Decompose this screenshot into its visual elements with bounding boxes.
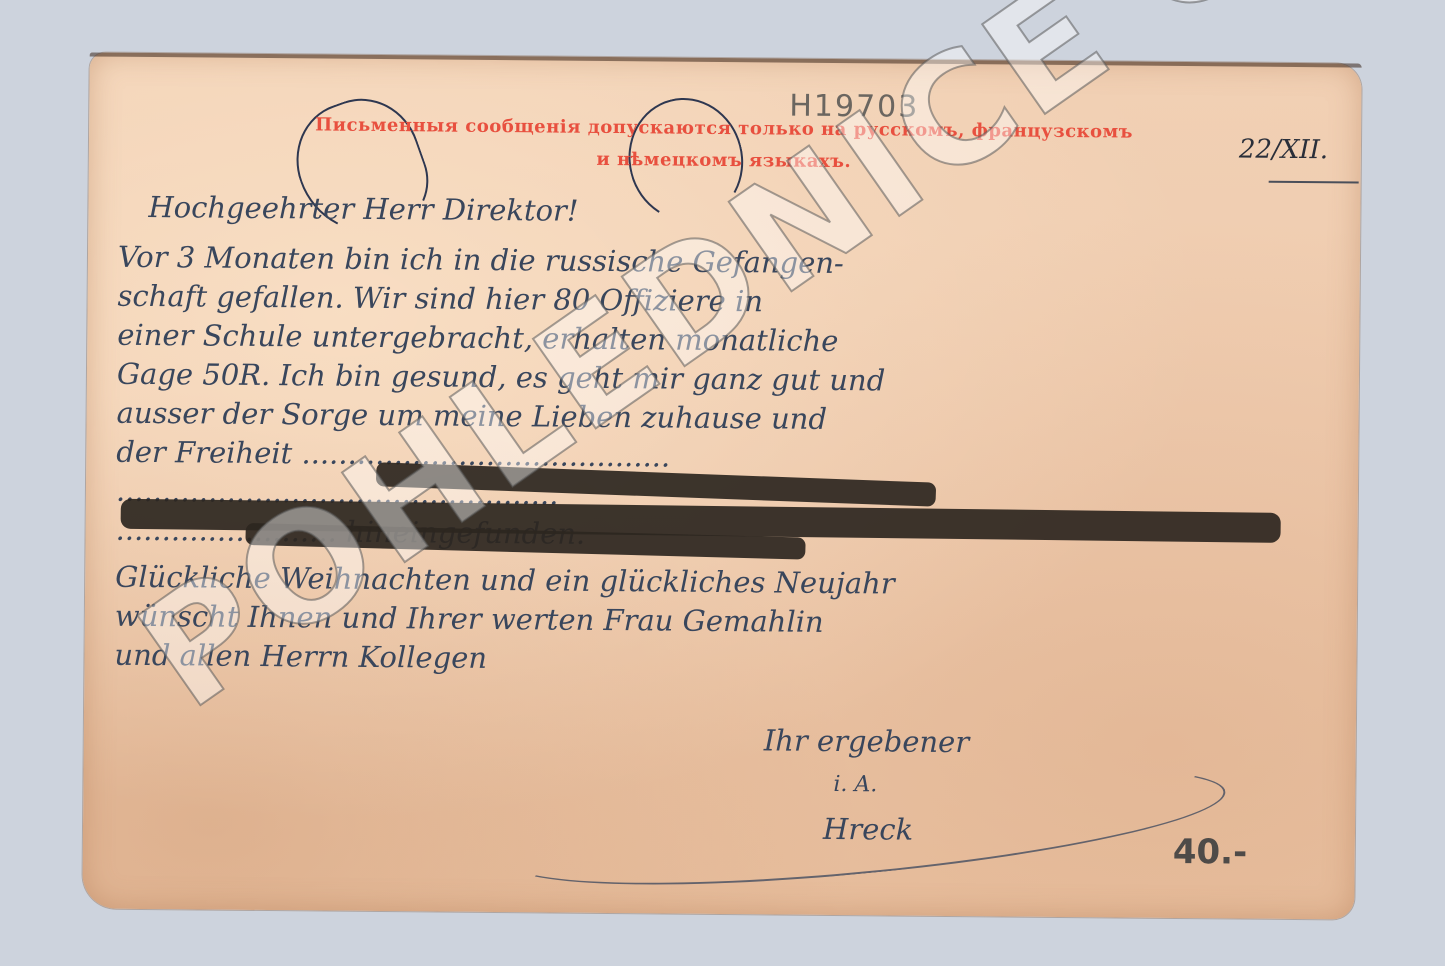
printed-censorship-notice: Письменныя сообщенія допускаются только … <box>194 108 1255 181</box>
letter-date: 22/XII. <box>1239 134 1328 165</box>
postcard: Письменныя сообщенія допускаются только … <box>82 52 1361 919</box>
inventory-number: H19703 <box>789 89 919 125</box>
pencil-price: 40.- <box>1173 832 1248 873</box>
closing-line: Ihr ergebener <box>764 718 970 764</box>
letter-salutation: Hochgeehrter Herr Direktor! <box>148 188 1368 237</box>
date-underline <box>1269 181 1359 184</box>
letter-greeting: Glückliche Weihnachten und ein glücklich… <box>114 558 1335 686</box>
